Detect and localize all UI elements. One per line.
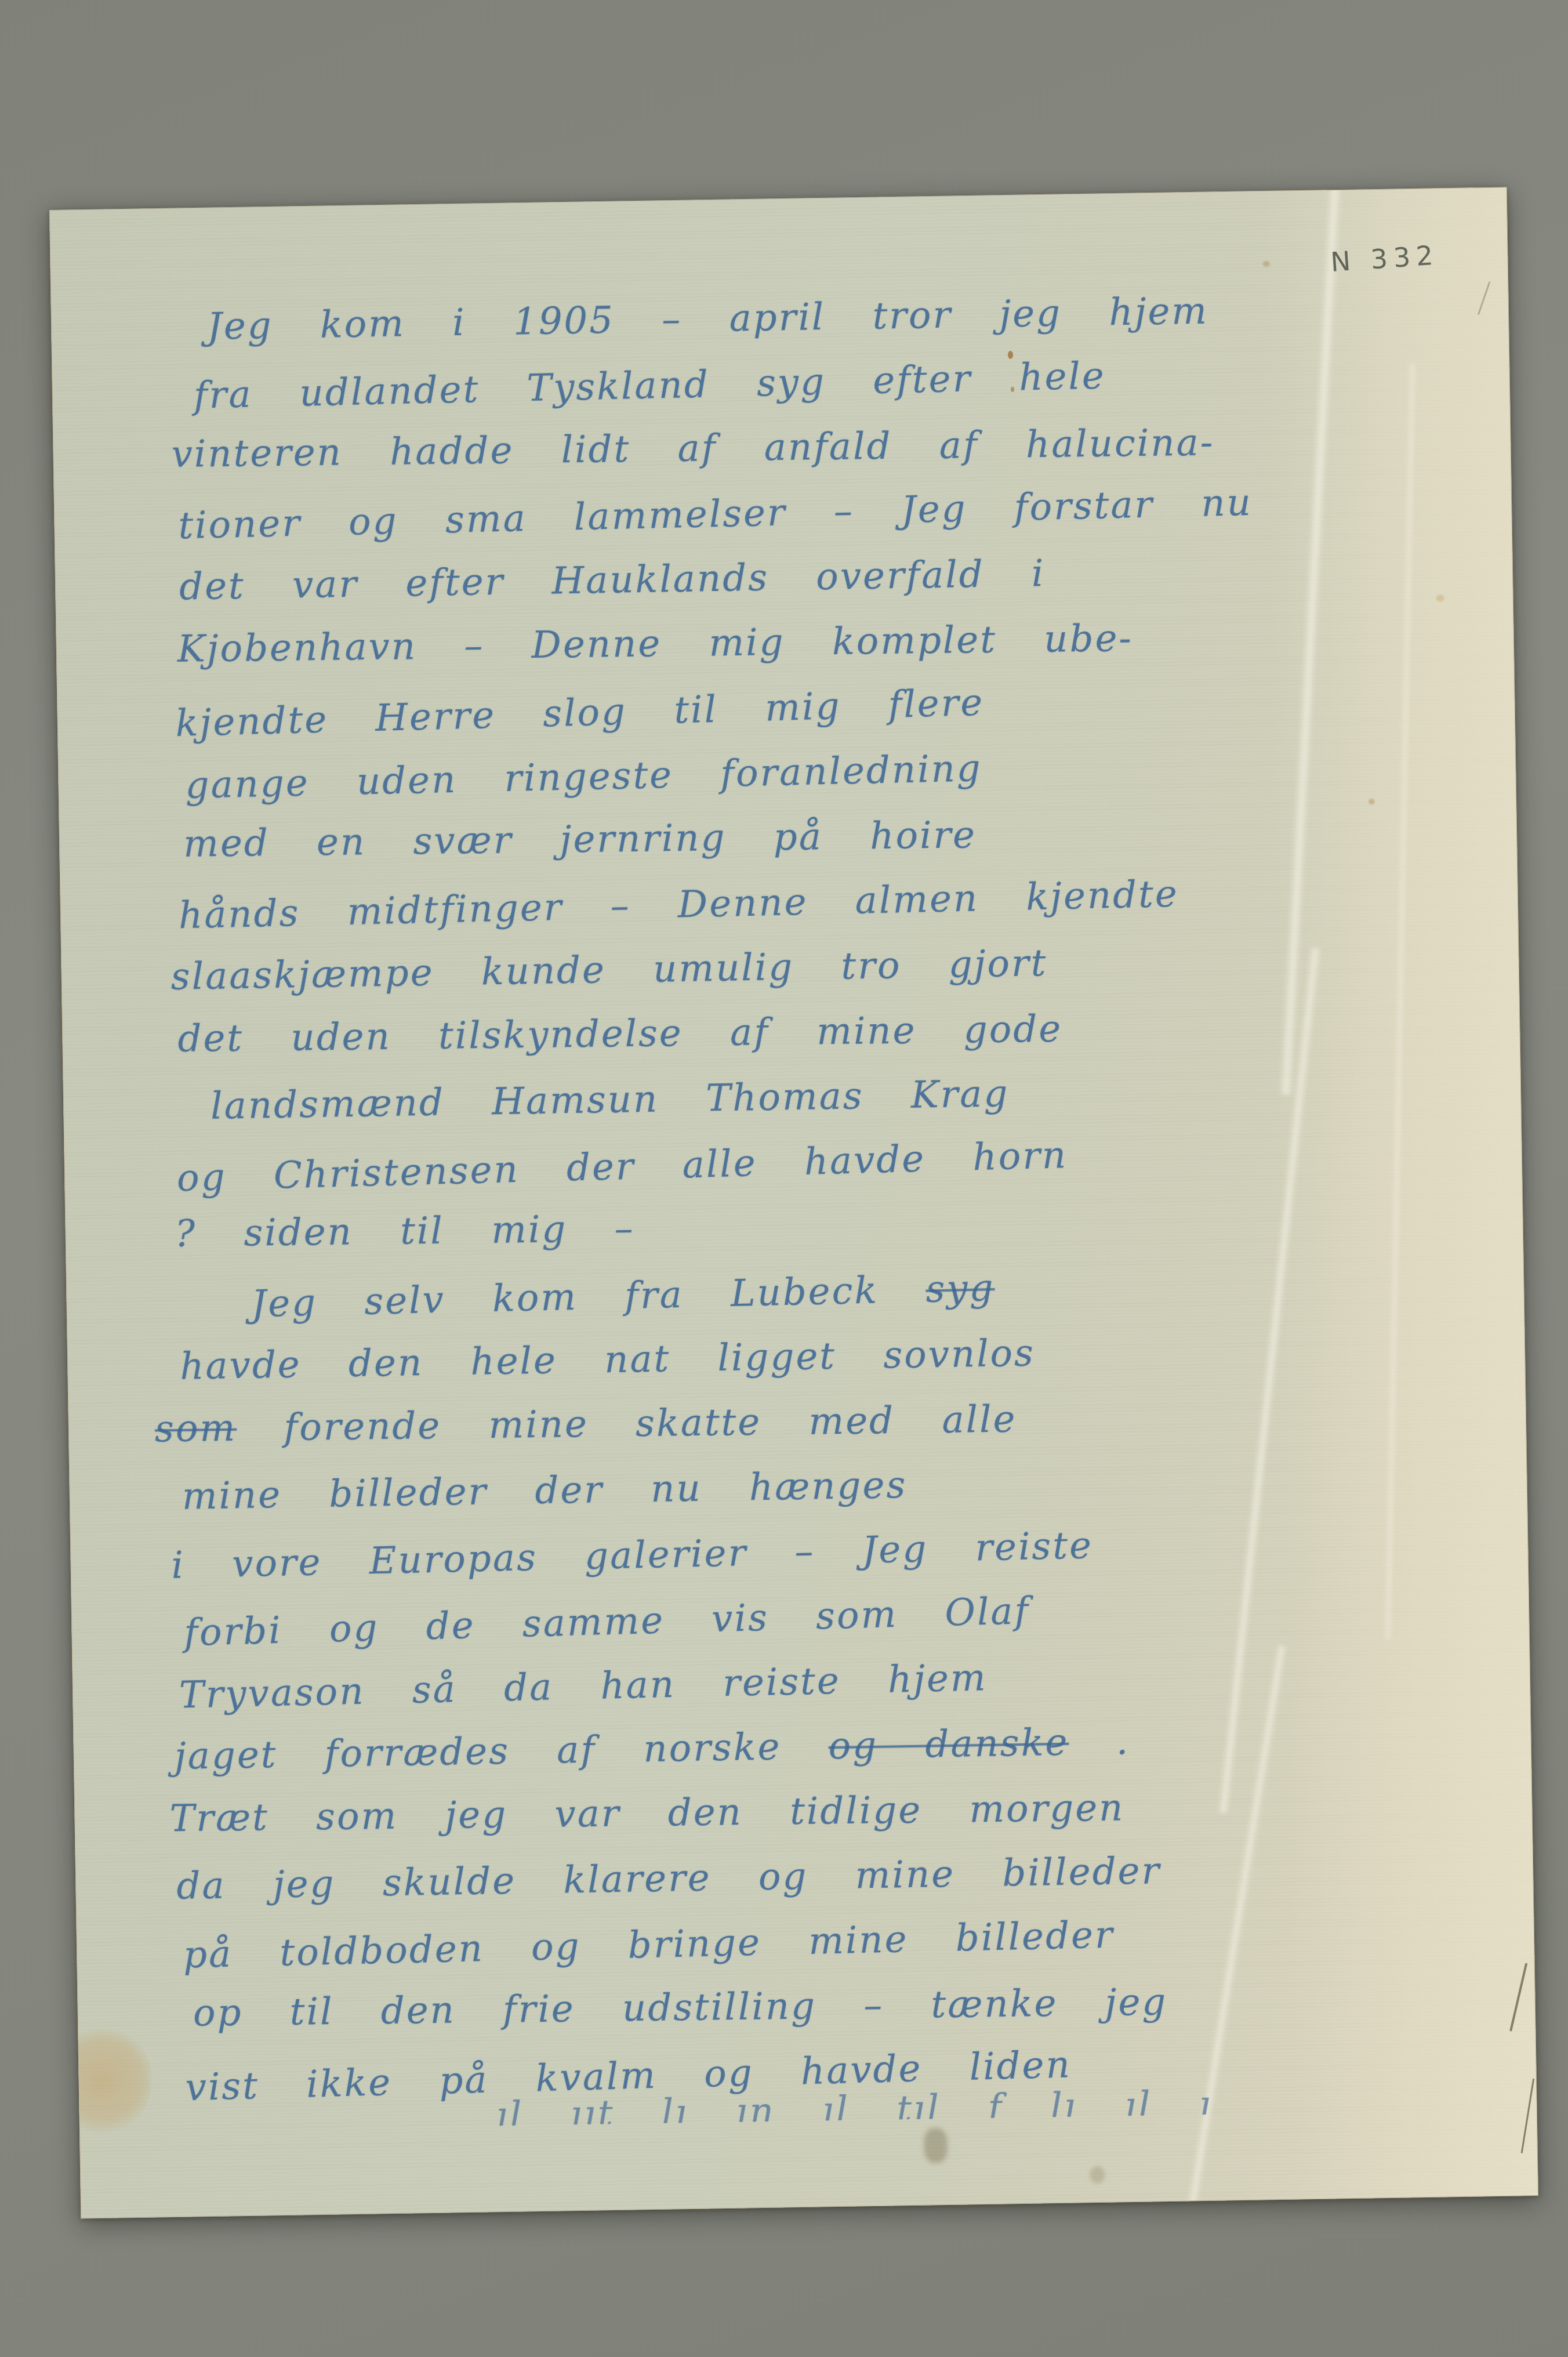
struck-text: og danske	[828, 1721, 1069, 1768]
manuscript-page: N 332 Jeg kom i 1905 – april tror jeg hj…	[49, 187, 1538, 2218]
stain	[52, 2025, 153, 2137]
dirt-smudge	[1090, 2166, 1105, 2184]
struck-text: som	[155, 1407, 237, 1451]
dirt-smudge	[924, 2128, 948, 2163]
scan-background: N 332 Jeg kom i 1905 – april tror jeg hj…	[0, 0, 1568, 2357]
manuscript-text: Jeg kom i 1905 – april tror jeg hjemfra …	[120, 286, 1467, 2125]
handwritten-text: mine billeder der nu hænges	[182, 1464, 907, 1518]
handwritten-text: med en svær jernring på hoire	[183, 814, 977, 866]
handwritten-text: Jeg selv kom fra Lubeck	[251, 1268, 927, 1326]
handwritten-text: Jeg kom i 1905 – april tror jeg hjem	[207, 290, 1209, 349]
struck-text: syg	[925, 1267, 996, 1311]
handwritten-text: forende mine skatte med alle	[237, 1398, 1017, 1450]
handwritten-text: .	[1069, 1720, 1130, 1764]
handwritten-text: ? siden til mig –	[175, 1207, 635, 1256]
